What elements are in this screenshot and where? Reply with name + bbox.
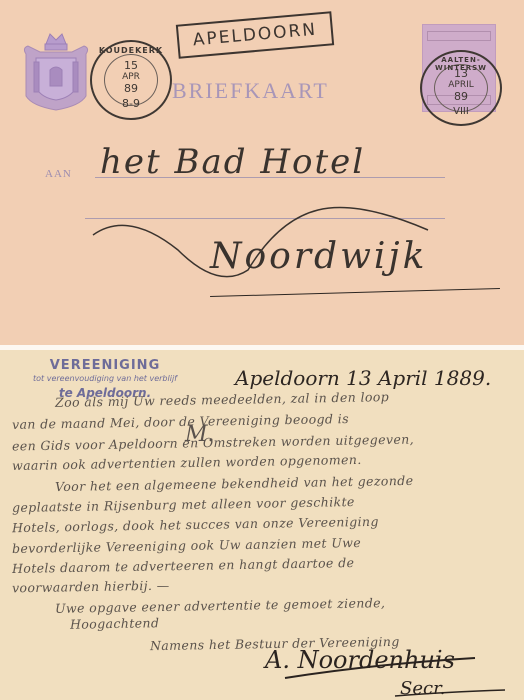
letter-line: Voor het een algemeene bekendheid van he… — [55, 473, 414, 494]
postmark-day: 13 — [422, 68, 500, 79]
letter-line: Hoogachtend — [70, 615, 160, 632]
letter-line: Hotels daarom te adverteeren en hangt da… — [12, 555, 355, 576]
letter-line: voorwaarden hierbij. — — [12, 578, 170, 596]
postmark-day: 15 — [92, 60, 170, 71]
postmark-city: KOUDEKERK — [92, 46, 170, 55]
letter-line: een Gids voor Apeldoorn en Omstreken wor… — [12, 431, 414, 453]
apeldoorn-cancel-stamp: APELDOORN — [176, 11, 334, 58]
address-recipient: het Bad Hotel — [100, 142, 365, 182]
postmark-year: 89 — [422, 91, 500, 102]
postmark-time: 8-9 — [92, 98, 170, 109]
signature: A. Noordenhuis — [265, 646, 455, 674]
letter-date: Apeldoorn 13 April 1889. — [235, 366, 491, 390]
letter-line: Uwe opgave eener advertentie te gemoet z… — [55, 595, 386, 616]
letter-line: waarin ook advertentien zullen worden op… — [12, 452, 362, 473]
postmark-time: VIII — [422, 106, 500, 117]
letter-line: geplaatste in Rijsenburg met alleen voor… — [12, 494, 355, 515]
letter-line: Hotels, oorlogs, dook het succes van onz… — [12, 514, 379, 535]
postcard-front: APELDOORN BRIEFKAART KOUDEKERK 15 APR 89… — [0, 0, 524, 345]
postcard-back: VEREENIGING tot vereenvoudiging van het … — [0, 350, 524, 700]
letter-line: bevorderlijke Vereeniging ook Uw aanzien… — [12, 535, 361, 556]
postmark-right: AALTEN-WINTERSW 13 APRIL 89 VIII — [420, 50, 502, 126]
box-cancel-text: APELDOORN — [192, 20, 318, 51]
address-city: Noordwijk — [210, 236, 427, 277]
association-subtitle: tot vereenvoudiging van het verblijf — [20, 374, 190, 383]
letter-line: van de maand Mei, door de Vereeniging be… — [12, 411, 349, 432]
signature-title: Secr. — [400, 678, 445, 699]
association-name: VEREENIGING — [20, 358, 190, 373]
card-title: BRIEFKAART — [172, 78, 329, 104]
postmark-left: KOUDEKERK 15 APR 89 8-9 — [90, 40, 172, 120]
recipient-label: AAN — [45, 168, 72, 180]
coat-of-arms-icon — [20, 30, 92, 112]
postmark-year: 89 — [92, 83, 170, 94]
